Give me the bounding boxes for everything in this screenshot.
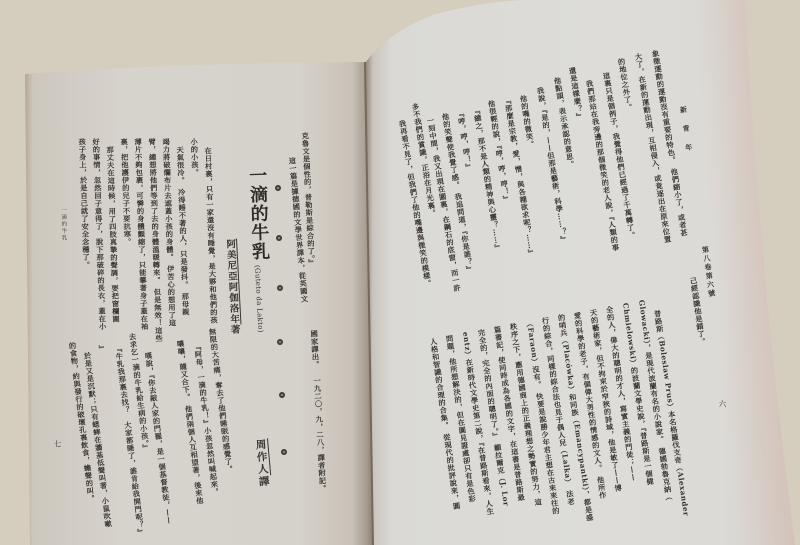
text-column: 己經認識他是錯了。 xyxy=(689,276,707,346)
right-page-lower-tier: 己經認識他是錯了。 普路斯（Boleslaw Prus）本名格羅伐支奇（Alex… xyxy=(0,0,800,545)
open-book-photo: 一滴的牛乳 七 克魯文是個性的，普勒斯是綜合的了。』 這一篇是據德國的文學世界譯… xyxy=(0,0,800,545)
